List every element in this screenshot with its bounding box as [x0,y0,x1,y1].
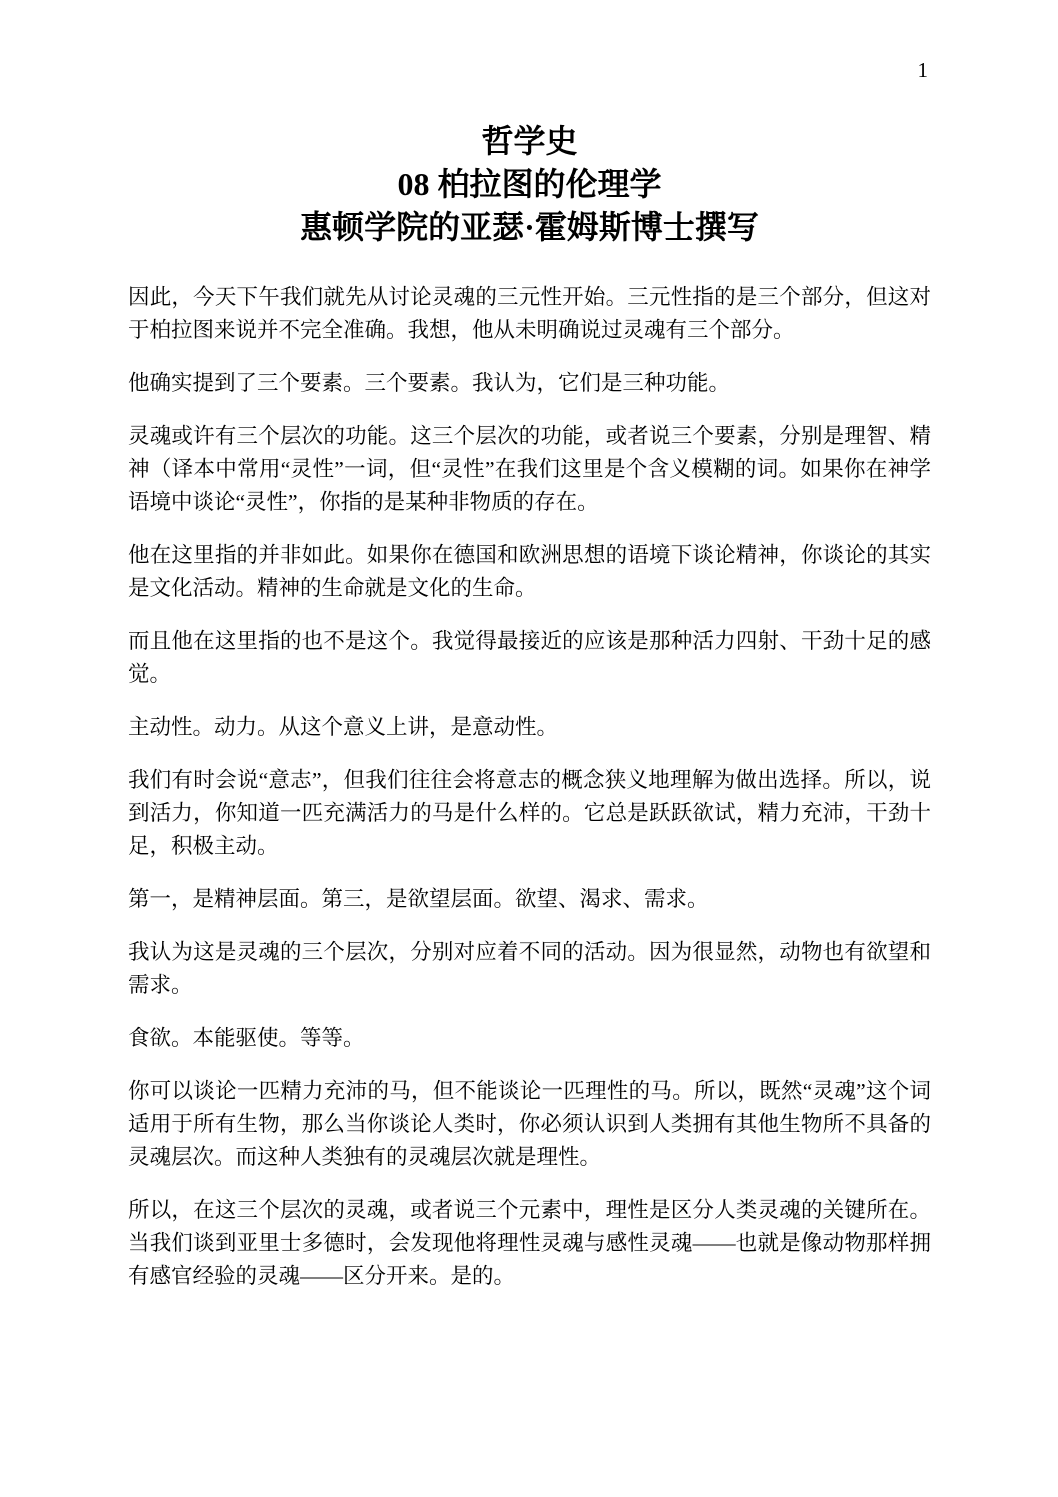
title-line-author: 惠顿学院的亚瑟·霍姆斯博士撰写 [128,206,931,249]
paragraph: 你可以谈论一匹精力充沛的马，但不能谈论一匹理性的马。所以，既然“灵魂”这个词适用… [128,1075,931,1174]
paragraph: 他在这里指的并非如此。如果你在德国和欧洲思想的语境下谈论精神，你谈论的其实是文化… [128,539,931,605]
body-text: 因此，今天下午我们就先从讨论灵魂的三元性开始。三元性指的是三个部分，但这对于柏拉… [128,281,931,1293]
paragraph: 我认为这是灵魂的三个层次，分别对应着不同的活动。因为很显然，动物也有欲望和需求。 [128,936,931,1002]
paragraph: 而且他在这里指的也不是这个。我觉得最接近的应该是那种活力四射、干劲十足的感觉。 [128,625,931,691]
document-page: { "page": { "number": "1" }, "title": { … [0,0,1058,1497]
paragraph: 因此，今天下午我们就先从讨论灵魂的三元性开始。三元性指的是三个部分，但这对于柏拉… [128,281,931,347]
paragraph: 我们有时会说“意志”，但我们往往会将意志的概念狭义地理解为做出选择。所以，说到活… [128,764,931,863]
paragraph: 主动性。动力。从这个意义上讲，是意动性。 [128,711,931,744]
paragraph: 食欲。本能驱使。等等。 [128,1022,931,1055]
document-content: 哲学史 08 柏拉图的伦理学 惠顿学院的亚瑟·霍姆斯博士撰写 因此，今天下午我们… [128,0,931,1313]
title-line-series: 哲学史 [128,120,931,163]
title-line-lecture: 08 柏拉图的伦理学 [128,163,931,206]
paragraph: 所以，在这三个层次的灵魂，或者说三个元素中，理性是区分人类灵魂的关键所在。当我们… [128,1194,931,1293]
paragraph: 第一，是精神层面。第三，是欲望层面。欲望、渴求、需求。 [128,883,931,916]
document-title: 哲学史 08 柏拉图的伦理学 惠顿学院的亚瑟·霍姆斯博士撰写 [128,120,931,249]
paragraph: 他确实提到了三个要素。三个要素。我认为，它们是三种功能。 [128,367,931,400]
paragraph: 灵魂或许有三个层次的功能。这三个层次的功能，或者说三个要素，分别是理智、精神（译… [128,420,931,519]
